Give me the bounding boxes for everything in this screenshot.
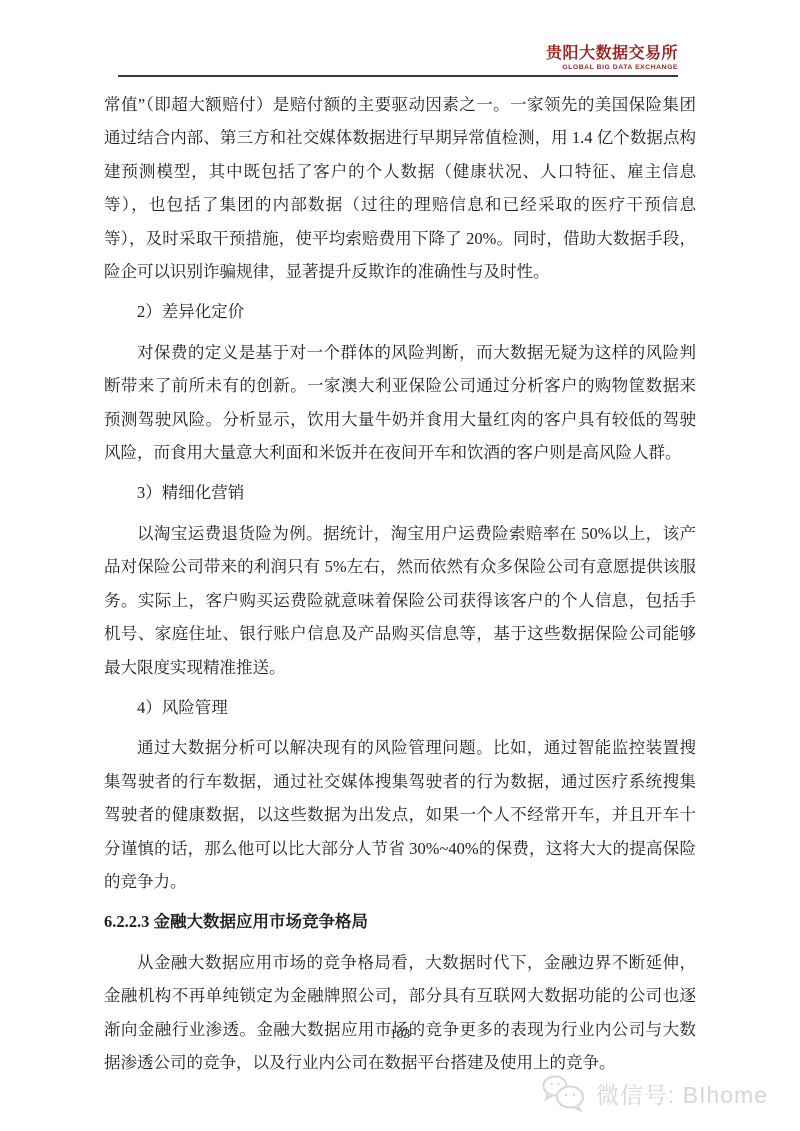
page-header: 贵阳大数据交易所 GLOBAL BIG DATA EXCHANGE	[0, 0, 800, 80]
body-paragraph: 以淘宝运费退货险为例。据统计，淘宝用户运费险索赔率在 50%以上，该产品对保险公…	[104, 517, 696, 684]
body-paragraph: 通过大数据分析可以解决现有的风险管理问题。比如，通过智能监控装置搜集驾驶者的行车…	[104, 731, 696, 898]
body-paragraph: 对保费的定义是基于对一个群体的风险判断，而大数据无疑为这样的风险判断带来了前所未…	[104, 336, 696, 470]
list-heading: 4）风险管理	[104, 691, 696, 724]
page-number: 103	[0, 1026, 800, 1042]
document-body: 常值”（即超大额赔付）是赔付额的主要驱动因素之一。一家领先的美国保险集团通过结合…	[104, 88, 696, 1079]
watermark: 微信号: BIhome	[542, 1074, 768, 1112]
body-paragraph: 常值”（即超大额赔付）是赔付额的主要驱动因素之一。一家领先的美国保险集团通过结合…	[104, 88, 696, 288]
header-divider	[118, 75, 678, 77]
list-heading: 3）精细化营销	[104, 476, 696, 509]
body-paragraph: 从金融大数据应用市场的竞争格局看，大数据时代下，金融边界不断延伸，金融机构不再单…	[104, 946, 696, 1080]
wechat-icon	[542, 1074, 586, 1112]
document-page: 贵阳大数据交易所 GLOBAL BIG DATA EXCHANGE 常值”（即超…	[0, 0, 800, 1131]
logo: 贵阳大数据交易所 GLOBAL BIG DATA EXCHANGE	[546, 46, 678, 72]
logo-subtitle: GLOBAL BIG DATA EXCHANGE	[546, 65, 678, 72]
logo-title: 贵阳大数据交易所	[546, 46, 678, 62]
section-heading: 6.2.2.3 金融大数据应用市场竞争格局	[104, 905, 696, 938]
watermark-text: 微信号: BIhome	[596, 1077, 768, 1110]
list-heading: 2）差异化定价	[104, 295, 696, 328]
